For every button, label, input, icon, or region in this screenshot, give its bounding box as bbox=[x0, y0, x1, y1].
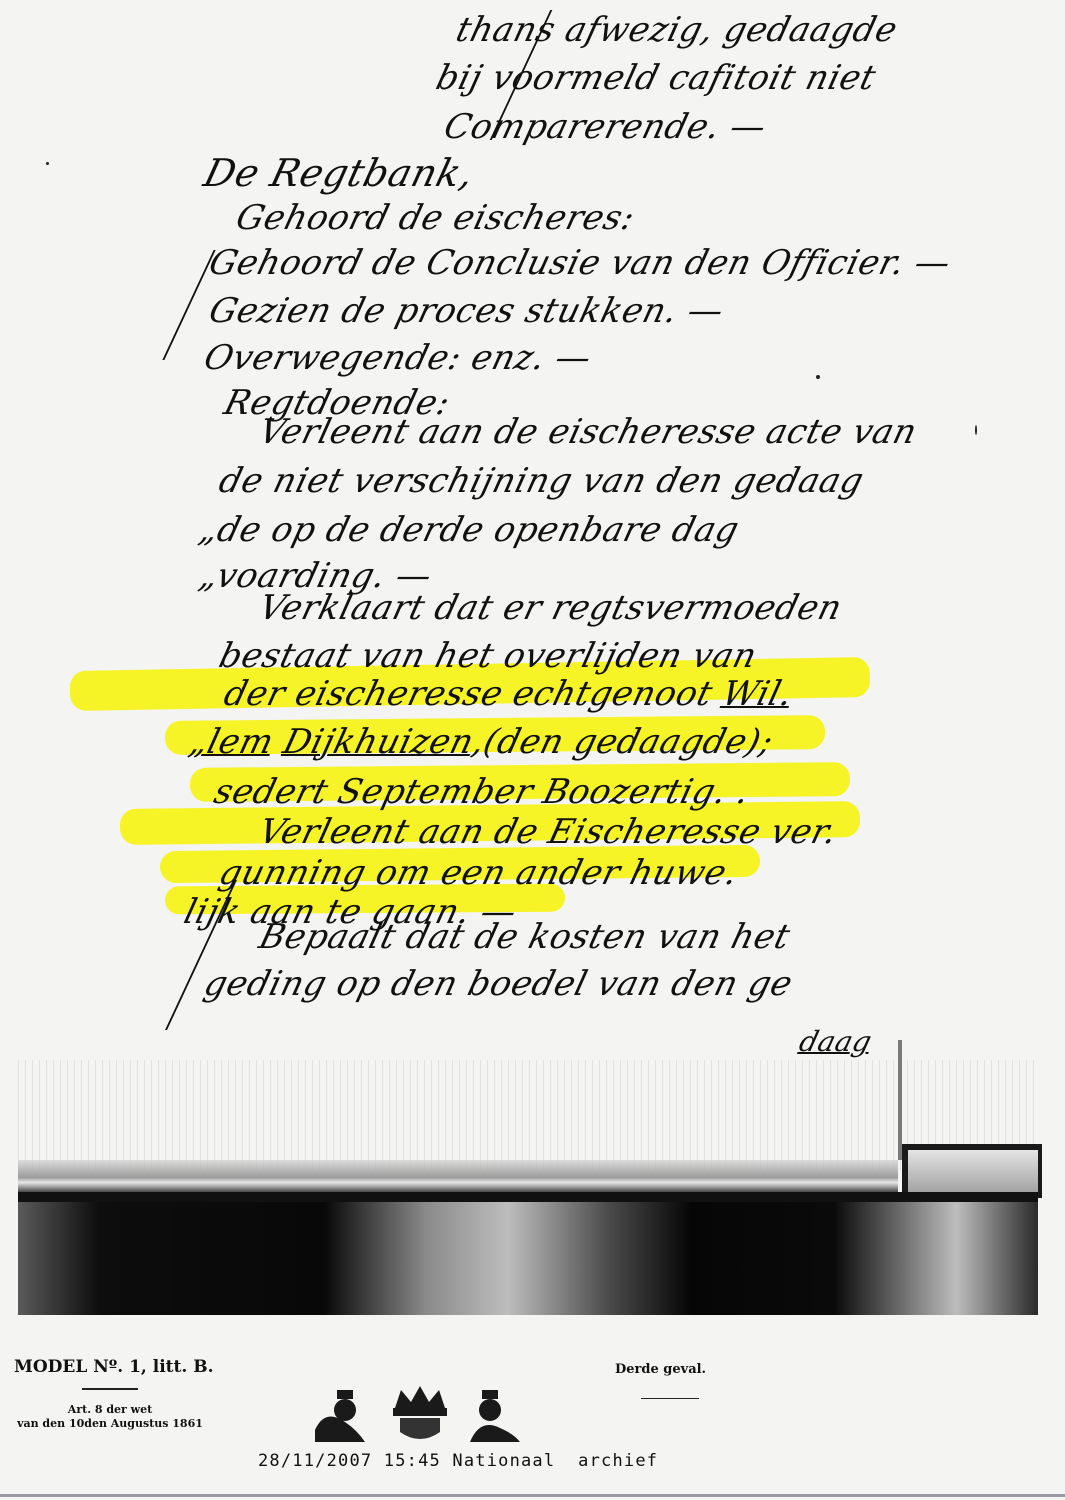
handwritten-line-end: daag bbox=[795, 1022, 876, 1062]
paper-edge-shadow bbox=[18, 1160, 898, 1192]
handwritten-line: de niet verschijning van den gedaag bbox=[215, 461, 868, 501]
divider-rule bbox=[82, 1388, 138, 1390]
handwritten-line: bij voormeld cafitoit niet bbox=[432, 58, 880, 98]
scanned-document-page: thans afwezig, gedaagde bij voormeld caf… bbox=[0, 0, 1065, 1500]
handwritten-line: Bepaalt dat de kosten van het bbox=[255, 917, 794, 957]
handwritten-line: Gezien de proces stukken. — bbox=[205, 291, 728, 331]
fax-timestamp: 28/11/2007 15:45 Nationaal archief bbox=[258, 1451, 658, 1471]
highlighted-name-part: Wil. bbox=[718, 674, 797, 714]
highlighted-surname: Dijkhuizen bbox=[279, 722, 478, 762]
handwritten-line: Gehoord de Conclusie van den Officier. — bbox=[205, 243, 955, 283]
scan-noise bbox=[18, 1060, 1038, 1170]
handwritten-line-highlighted: gunning om een ander huwe. bbox=[215, 853, 742, 893]
handwritten-line: Verleent aan de eischeresse acte van bbox=[255, 412, 921, 452]
handwritten-line: bestaat van het overlijden van bbox=[215, 636, 761, 676]
handwritten-line: Verklaart dat er regtsvermoeden bbox=[255, 588, 846, 628]
article-line-1: Art. 8 der wet bbox=[22, 1403, 198, 1416]
handwritten-line-highlighted: Verleent aan de Eischeresse ver. bbox=[255, 812, 841, 852]
royal-coat-of-arms-icon bbox=[305, 1380, 535, 1442]
scan-speck bbox=[975, 425, 977, 435]
highlighted-name-part: „lem bbox=[185, 722, 278, 762]
case-label: Derde geval. bbox=[615, 1362, 706, 1377]
page-bottom-edge bbox=[0, 1494, 1065, 1497]
paper-tab-shadow bbox=[902, 1144, 1042, 1198]
scan-speck bbox=[816, 375, 820, 379]
handwritten-line: thans afwezig, gedaagde bbox=[452, 10, 902, 50]
handwritten-heading: De Regtbank, bbox=[200, 153, 478, 193]
line-text: ,(den gedaagde); bbox=[468, 722, 777, 762]
handwritten-line: Gehoord de eischeres: bbox=[232, 198, 639, 238]
handwritten-line: Overwegende: enz. — bbox=[200, 338, 596, 378]
handwritten-line: Comparerende. — bbox=[440, 107, 770, 147]
handwritten-line-highlighted: der eischeresse echtgenoot Wil. bbox=[220, 674, 797, 714]
line-text: der eischeresse echtgenoot bbox=[220, 674, 717, 714]
paper-fold-line bbox=[898, 1040, 902, 1160]
handwritten-line-highlighted: „lem Dijkhuizen,(den gedaagde); bbox=[185, 722, 777, 762]
handwritten-line-highlighted: sedert September Boozertig. . bbox=[210, 772, 754, 812]
scan-speck bbox=[46, 162, 49, 165]
model-label: MODEL Nº. 1, litt. B. bbox=[14, 1357, 213, 1377]
handwritten-line: „de op de derde openbare dag bbox=[195, 510, 743, 550]
divider-rule bbox=[641, 1398, 699, 1399]
article-line-2: van den 10den Augustus 1861 bbox=[10, 1417, 210, 1430]
handwritten-line: geding op den boedel van den ge bbox=[200, 964, 797, 1004]
scanner-dark-band bbox=[18, 1192, 1038, 1315]
